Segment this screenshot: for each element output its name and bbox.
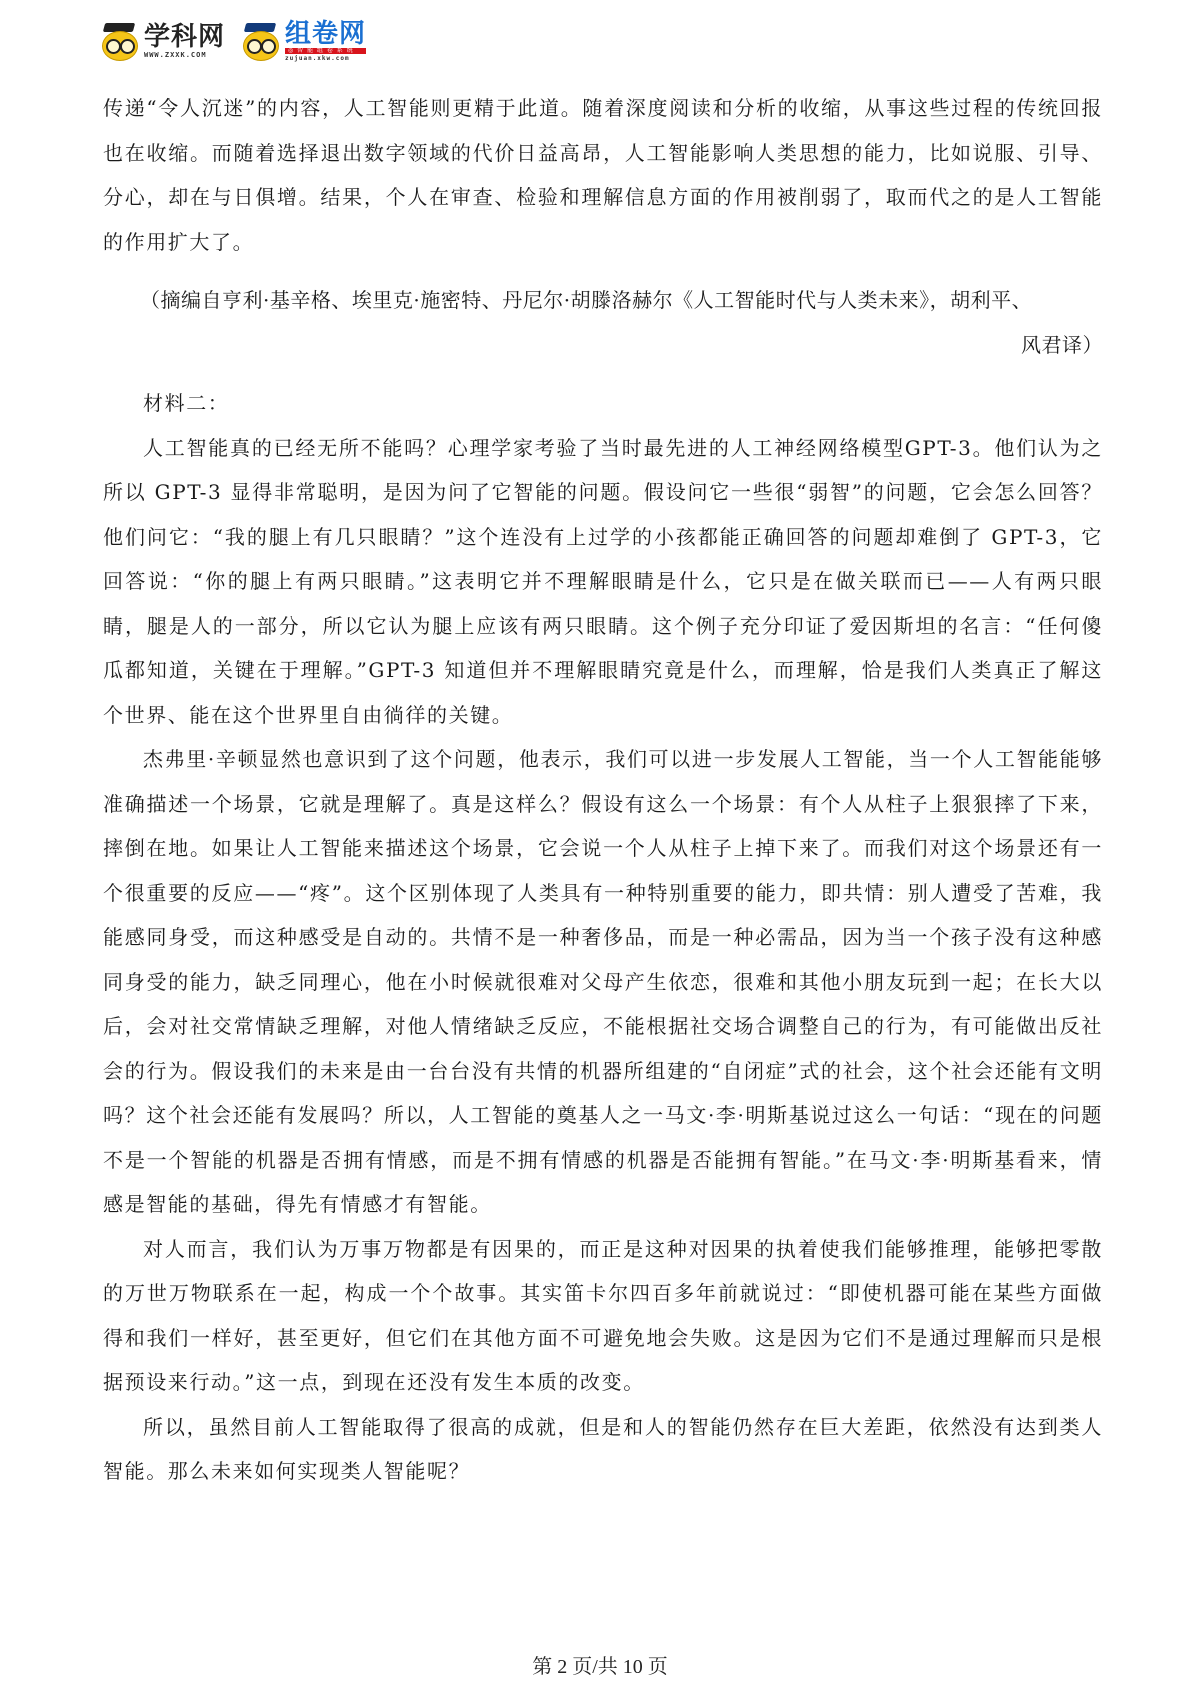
zujuan-logo: 组卷网 ◎ 智 能 组 卷 系 统 zujuan.xkw.com: [241, 21, 366, 62]
zujuan-logo-name: 组卷网: [285, 21, 366, 47]
document-body: 传递“令人沉迷”的内容，人工智能则更精于此道。随着深度阅读和分析的收缩，从事这些…: [103, 86, 1103, 1494]
paragraph: 人工智能真的已经无所不能吗？心理学家考验了当时最先进的人工神经网络模型GPT-3…: [103, 426, 1103, 738]
paragraph: 对人而言，我们认为万事万物都是有因果的，而正是这种对因果的执着使我们能够推理，能…: [103, 1227, 1103, 1405]
zxxk-logo-url: WWW.ZXXK.COM: [144, 52, 225, 59]
source-citation: （摘编自亨利·基辛格、埃里克·施密特、丹尼尔·胡滕洛赫尔《人工智能时代与人类未来…: [103, 278, 1103, 323]
owl-mascot-icon: [100, 21, 140, 61]
zujuan-logo-url: zujuan.xkw.com: [285, 56, 366, 62]
zxxk-logo: 学科网 WWW.ZXXK.COM: [100, 21, 225, 61]
paragraph: 传递“令人沉迷”的内容，人工智能则更精于此道。随着深度阅读和分析的收缩，从事这些…: [103, 86, 1103, 264]
page-number: 第 2 页/共 10 页: [0, 1650, 1200, 1679]
zxxk-logo-name: 学科网: [144, 24, 225, 50]
graduate-mascot-icon: [241, 21, 281, 61]
paragraph: 杰弗里·辛顿显然也意识到了这个问题，他表示，我们可以进一步发展人工智能，当一个人…: [103, 737, 1103, 1227]
material-label: 材料二：: [103, 381, 1103, 426]
source-citation-end: 风君译）: [103, 323, 1103, 368]
zujuan-logo-band: ◎ 智 能 组 卷 系 统: [285, 48, 366, 54]
page-header: 学科网 WWW.ZXXK.COM 组卷网 ◎ 智 能 组 卷 系 统 zujua…: [100, 18, 366, 64]
paragraph: 所以，虽然目前人工智能取得了很高的成就，但是和人的智能仍然存在巨大差距，依然没有…: [103, 1405, 1103, 1494]
